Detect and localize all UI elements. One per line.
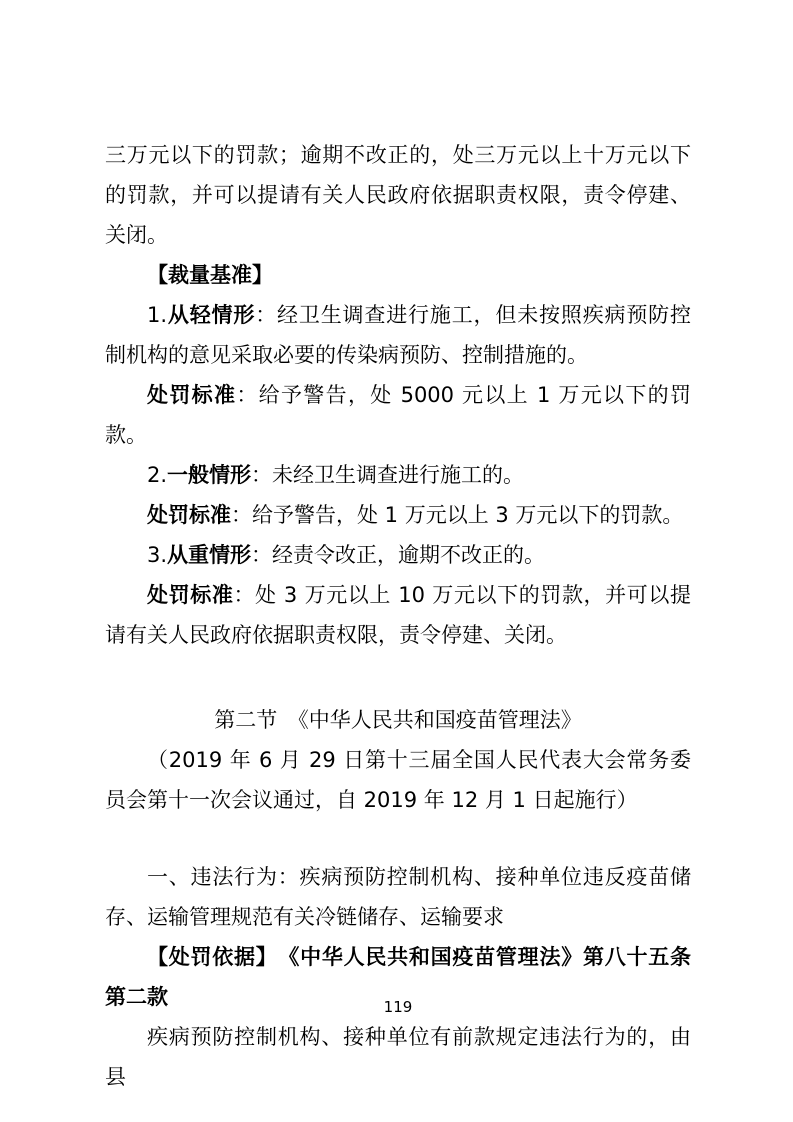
bold-text-run: 一般情形: [167, 463, 251, 487]
document-body: 三万元以下的罚款；逾期不改正的，处三万元以上十万元以下的罚款，并可以提请有关人民…: [105, 135, 691, 1097]
bold-text-run: 【裁量基准】: [147, 263, 273, 287]
paragraph-penalty-standard-1: 处罚标准：给予警告，处 5000 元以上 1 万元以下的罚款。: [105, 375, 691, 455]
paragraph-penalty-standard-3: 处罚标准：处 3 万元以上 10 万元以下的罚款，并可以提请有关人民政府依据职责…: [105, 575, 691, 655]
bold-text-run: 处罚标准: [147, 503, 231, 527]
section-heading-vaccine-law: 第二节 《中华人民共和国疫苗管理法》: [105, 700, 691, 740]
paragraph-penalty-standard-2: 处罚标准：给予警告，处 1 万元以上 3 万元以下的罚款。: [105, 495, 691, 535]
text-run: 2.: [147, 463, 167, 487]
text-run: 3.: [147, 543, 167, 567]
text-run: ：未经卫生调查进行施工的。: [251, 463, 524, 487]
text-run: 一、违法行为：疾病预防控制机构、接种单位违反疫苗储存、运输管理规范有关冷链储存、…: [105, 865, 691, 929]
text-run: 第二节 《中华人民共和国疫苗管理法》: [214, 708, 582, 732]
text-run: ：给予警告，处 1 万元以上 3 万元以下的罚款。: [231, 503, 683, 527]
text-run: （2019 年 6 月 29 日第十三届全国人民代表大会常务委员会第十一次会议通…: [105, 748, 691, 812]
document-page: 三万元以下的罚款；逾期不改正的，处三万元以上十万元以下的罚款，并可以提请有关人民…: [0, 0, 793, 1122]
paragraph-violation-item-1: 一、违法行为：疾病预防控制机构、接种单位违反疫苗储存、运输管理规范有关冷链储存、…: [105, 857, 691, 937]
text-run: ：经责令改正，逾期不改正的。: [251, 543, 545, 567]
bold-text-run: 处罚标准: [147, 383, 236, 407]
paragraph-penalty-continuation: 三万元以下的罚款；逾期不改正的，处三万元以上十万元以下的罚款，并可以提请有关人民…: [105, 135, 691, 255]
paragraph-lenient-circumstance: 1.从轻情形：经卫生调查进行施工，但未按照疾病预防控制机构的意见采取必要的传染病…: [105, 295, 691, 375]
paragraph-enactment-note: （2019 年 6 月 29 日第十三届全国人民代表大会常务委员会第十一次会议通…: [105, 740, 691, 820]
bold-text-run: 从重情形: [167, 543, 251, 567]
paragraph-discretion-benchmark-label: 【裁量基准】: [105, 255, 691, 295]
text-run: 疾病预防控制机构、接种单位有前款规定违法行为的，由县: [105, 1025, 691, 1089]
text-run: 1.: [147, 303, 167, 327]
paragraph-severe-circumstance: 3.从重情形：经责令改正，逾期不改正的。: [105, 535, 691, 575]
bold-text-run: 处罚标准: [147, 583, 233, 607]
bold-text-run: 从轻情形: [167, 303, 255, 327]
paragraph-general-circumstance: 2.一般情形：未经卫生调查进行施工的。: [105, 455, 691, 495]
paragraph-clause-body: 疾病预防控制机构、接种单位有前款规定违法行为的，由县: [105, 1017, 691, 1097]
text-run: 三万元以下的罚款；逾期不改正的，处三万元以上十万元以下的罚款，并可以提请有关人民…: [105, 143, 691, 247]
page-number: 119: [105, 997, 691, 1017]
